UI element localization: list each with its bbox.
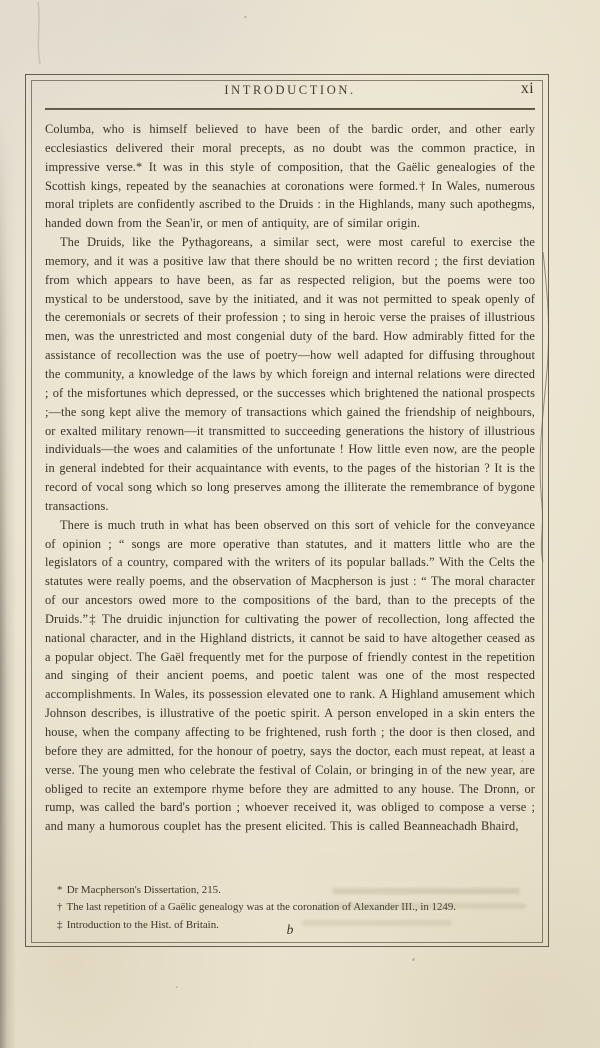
footnote-marker: †: [57, 899, 64, 916]
paragraph: There is much truth in what has been obs…: [45, 516, 535, 836]
show-through-marks: [302, 920, 452, 926]
running-head: INTRODUCTION. xi: [45, 82, 535, 100]
paper-speck: [244, 16, 247, 18]
page-edge-shadow: [0, 110, 16, 1048]
show-through-marks: [318, 903, 526, 909]
page-content: INTRODUCTION. xi Columba, who is himself…: [45, 82, 535, 836]
header-rule: [45, 108, 535, 110]
paper-speck: [92, 642, 94, 644]
show-through-marks: [332, 888, 520, 894]
footnote-marker: *: [57, 882, 64, 899]
page-number: xi: [521, 80, 534, 98]
paper-speck: [521, 760, 523, 762]
page-title: INTRODUCTION.: [45, 83, 535, 98]
paragraph: The Druids, like the Pythagoreans, a sim…: [45, 233, 535, 516]
paper-speck: [412, 958, 415, 961]
paper-speck: [176, 986, 178, 988]
paragraph: Columba, who is himself believed to have…: [45, 120, 535, 233]
signature-mark: b: [45, 922, 535, 938]
body-text: Columba, who is himself believed to have…: [45, 120, 535, 836]
